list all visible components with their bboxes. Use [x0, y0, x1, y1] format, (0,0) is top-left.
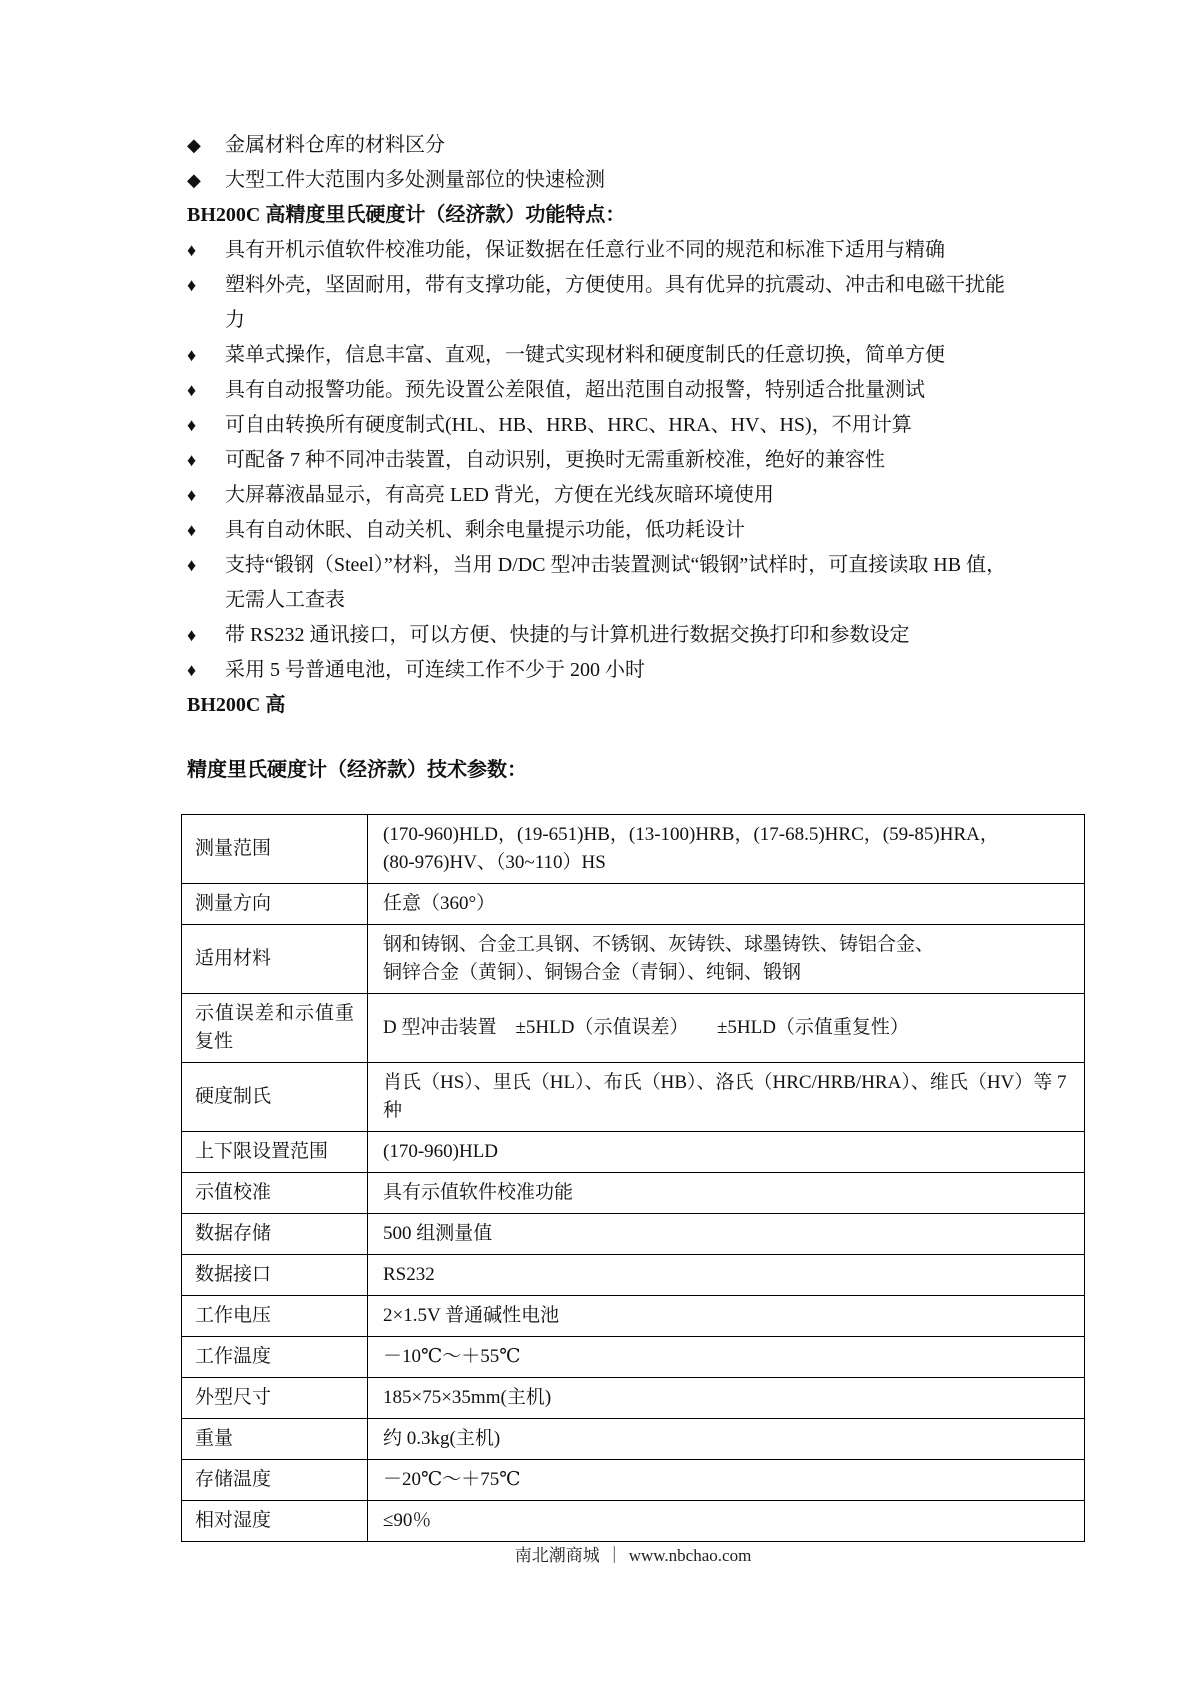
list-item: ♦ 具有自动报警功能。预先设置公差限值，超出范围自动报警，特别适合批量测试 [187, 373, 1015, 408]
diamond-bullet-icon: ♦ [187, 338, 196, 373]
features-heading: BH200C 高精度里氏硬度计（经济款）功能特点： [187, 198, 1047, 233]
footer-separator: ｜ [603, 1546, 626, 1565]
list-item-text: 塑料外壳，坚固耐用，带有支撑功能，方便使用。具有优异的抗震动、冲击和电磁干扰能力 [225, 274, 1005, 331]
spec-value: 2×1.5V 普通碱性电池 [368, 1296, 1085, 1337]
intro-bullet-list: ◆ 金属材料仓库的材料区分 ◆ 大型工件大范围内多处测量部位的快速检测 [187, 128, 1047, 198]
table-row: 示值校准 具有示值软件校准功能 [182, 1173, 1085, 1214]
table-row: 数据存储 500 组测量值 [182, 1214, 1085, 1255]
spec-value: RS232 [368, 1255, 1085, 1296]
table-row: 测量方向 任意（360°） [182, 884, 1085, 925]
list-item-text: 具有开机示值软件校准功能，保证数据在任意行业不同的规范和标准下适用与精确 [225, 239, 945, 261]
spec-value: (170-960)HLD [368, 1132, 1085, 1173]
table-row: 存储温度 －20℃～＋75℃ [182, 1460, 1085, 1501]
diamond-bullet-icon: ♦ [187, 618, 196, 653]
fragment-heading: BH200C 高 [187, 688, 1047, 723]
specs-heading: 精度里氏硬度计（经济款）技术参数： [187, 753, 1047, 788]
spec-value: 500 组测量值 [368, 1214, 1085, 1255]
table-row: 测量范围 (170-960)HLD，(19-651)HB，(13-100)HRB… [182, 815, 1085, 884]
table-row: 示值误差和示值重复性 D 型冲击装置 ±5HLD（示值误差） ±5HLD（示值重… [182, 994, 1085, 1063]
spec-label: 相对湿度 [182, 1501, 368, 1542]
spec-value: (170-960)HLD，(19-651)HB，(13-100)HRB，(17-… [368, 815, 1085, 884]
features-bullet-list: ♦ 具有开机示值软件校准功能，保证数据在任意行业不同的规范和标准下适用与精确 ♦… [187, 233, 1047, 688]
table-row: 硬度制氏 肖氏（HS）、里氏（HL）、布氏（HB）、洛氏（HRC/HRB/HRA… [182, 1063, 1085, 1132]
table-row: 重量 约 0.3kg(主机) [182, 1419, 1085, 1460]
table-row: 外型尺寸 185×75×35mm(主机) [182, 1378, 1085, 1419]
table-row: 适用材料 钢和铸钢、合金工具钢、不锈钢、灰铸铁、球墨铸铁、铸铝合金、 铜锌合金（… [182, 925, 1085, 994]
list-item-text: 大屏幕液晶显示，有高亮 LED 背光，方便在光线灰暗环境使用 [225, 484, 774, 506]
list-item: ♦ 采用 5 号普通电池，可连续工作不少于 200 小时 [187, 653, 1015, 688]
spec-label: 数据接口 [182, 1255, 368, 1296]
table-row: 上下限设置范围 (170-960)HLD [182, 1132, 1085, 1173]
table-row: 工作温度 －10℃～＋55℃ [182, 1337, 1085, 1378]
spec-label: 上下限设置范围 [182, 1132, 368, 1173]
list-item-text: 支持“锻钢（Steel）”材料，当用 D/DC 型冲击装置测试“锻钢”试样时，可… [225, 554, 1006, 611]
list-item: ♦ 可配备 7 种不同冲击装置，自动识别，更换时无需重新校准，绝好的兼容性 [187, 443, 1015, 478]
list-item-text: 大型工件大范围内多处测量部位的快速检测 [225, 169, 605, 191]
spec-value: 具有示值软件校准功能 [368, 1173, 1085, 1214]
spec-label: 测量方向 [182, 884, 368, 925]
spec-label: 数据存储 [182, 1214, 368, 1255]
footer-site-name: 南北潮商城 [512, 1546, 603, 1565]
list-item: ♦ 可自由转换所有硬度制式(HL、HB、HRB、HRC、HRA、HV、HS)，不… [187, 408, 1015, 443]
page-footer: 南北潮商城｜www.nbchao.com [181, 1545, 1085, 1567]
table-row: 数据接口 RS232 [182, 1255, 1085, 1296]
spec-label: 工作温度 [182, 1337, 368, 1378]
diamond-bullet-icon: ♦ [187, 373, 196, 408]
diamond-bullet-icon: ♦ [187, 548, 196, 583]
spec-value: 约 0.3kg(主机) [368, 1419, 1085, 1460]
list-item-text: 可自由转换所有硬度制式(HL、HB、HRB、HRC、HRA、HV、HS)，不用计… [225, 414, 912, 436]
spec-label: 外型尺寸 [182, 1378, 368, 1419]
spec-value: 185×75×35mm(主机) [368, 1378, 1085, 1419]
list-item: ♦ 具有自动休眠、自动关机、剩余电量提示功能，低功耗设计 [187, 513, 1015, 548]
diamond-bullet-icon: ◆ [187, 163, 201, 198]
spec-label: 硬度制氏 [182, 1063, 368, 1132]
spec-value: －20℃～＋75℃ [368, 1460, 1085, 1501]
spec-label: 示值误差和示值重复性 [182, 994, 368, 1063]
spec-label: 重量 [182, 1419, 368, 1460]
list-item-text: 采用 5 号普通电池，可连续工作不少于 200 小时 [225, 659, 645, 681]
list-item: ♦ 大屏幕液晶显示，有高亮 LED 背光，方便在光线灰暗环境使用 [187, 478, 1015, 513]
list-item-text: 具有自动休眠、自动关机、剩余电量提示功能，低功耗设计 [225, 519, 745, 541]
diamond-bullet-icon: ♦ [187, 408, 196, 443]
list-item: ♦ 支持“锻钢（Steel）”材料，当用 D/DC 型冲击装置测试“锻钢”试样时… [187, 548, 1015, 618]
spec-label: 工作电压 [182, 1296, 368, 1337]
diamond-bullet-icon: ♦ [187, 513, 196, 548]
spec-table: 测量范围 (170-960)HLD，(19-651)HB，(13-100)HRB… [181, 814, 1085, 1542]
list-item: ◆ 金属材料仓库的材料区分 [187, 128, 1015, 163]
list-item-text: 金属材料仓库的材料区分 [225, 134, 445, 156]
list-item: ♦ 塑料外壳，坚固耐用，带有支撑功能，方便使用。具有优异的抗震动、冲击和电磁干扰… [187, 268, 1015, 338]
spec-value: ≤90％ [368, 1501, 1085, 1542]
list-item: ♦ 带 RS232 通讯接口，可以方便、快捷的与计算机进行数据交换打印和参数设定 [187, 618, 1015, 653]
diamond-bullet-icon: ♦ [187, 653, 196, 688]
diamond-bullet-icon: ◆ [187, 128, 201, 163]
list-item-text: 菜单式操作，信息丰富、直观，一键式实现材料和硬度制氏的任意切换，简单方便 [225, 344, 945, 366]
table-row: 工作电压 2×1.5V 普通碱性电池 [182, 1296, 1085, 1337]
footer-url: www.nbchao.com [626, 1546, 755, 1565]
list-item: ♦ 具有开机示值软件校准功能，保证数据在任意行业不同的规范和标准下适用与精确 [187, 233, 1015, 268]
spec-label: 示值校准 [182, 1173, 368, 1214]
diamond-bullet-icon: ♦ [187, 443, 196, 478]
spec-label: 测量范围 [182, 815, 368, 884]
spec-label: 适用材料 [182, 925, 368, 994]
document-page: ◆ 金属材料仓库的材料区分 ◆ 大型工件大范围内多处测量部位的快速检测 BH20… [0, 0, 1200, 1697]
list-item-text: 具有自动报警功能。预先设置公差限值，超出范围自动报警，特别适合批量测试 [225, 379, 925, 401]
diamond-bullet-icon: ♦ [187, 478, 196, 513]
diamond-bullet-icon: ♦ [187, 268, 196, 303]
spec-value: 钢和铸钢、合金工具钢、不锈钢、灰铸铁、球墨铸铁、铸铝合金、 铜锌合金（黄铜）、铜… [368, 925, 1085, 994]
spec-label: 存储温度 [182, 1460, 368, 1501]
list-item: ♦ 菜单式操作，信息丰富、直观，一键式实现材料和硬度制氏的任意切换，简单方便 [187, 338, 1015, 373]
table-row: 相对湿度 ≤90％ [182, 1501, 1085, 1542]
spec-value: 任意（360°） [368, 884, 1085, 925]
spec-value: －10℃～＋55℃ [368, 1337, 1085, 1378]
spec-value: D 型冲击装置 ±5HLD（示值误差） ±5HLD（示值重复性） [368, 994, 1085, 1063]
document-content: ◆ 金属材料仓库的材料区分 ◆ 大型工件大范围内多处测量部位的快速检测 BH20… [187, 128, 1047, 1567]
list-item-text: 可配备 7 种不同冲击装置，自动识别，更换时无需重新校准，绝好的兼容性 [225, 449, 885, 471]
diamond-bullet-icon: ♦ [187, 233, 196, 268]
list-item-text: 带 RS232 通讯接口，可以方便、快捷的与计算机进行数据交换打印和参数设定 [225, 624, 909, 646]
list-item: ◆ 大型工件大范围内多处测量部位的快速检测 [187, 163, 1015, 198]
spec-value: 肖氏（HS）、里氏（HL）、布氏（HB）、洛氏（HRC/HRB/HRA）、维氏（… [368, 1063, 1085, 1132]
